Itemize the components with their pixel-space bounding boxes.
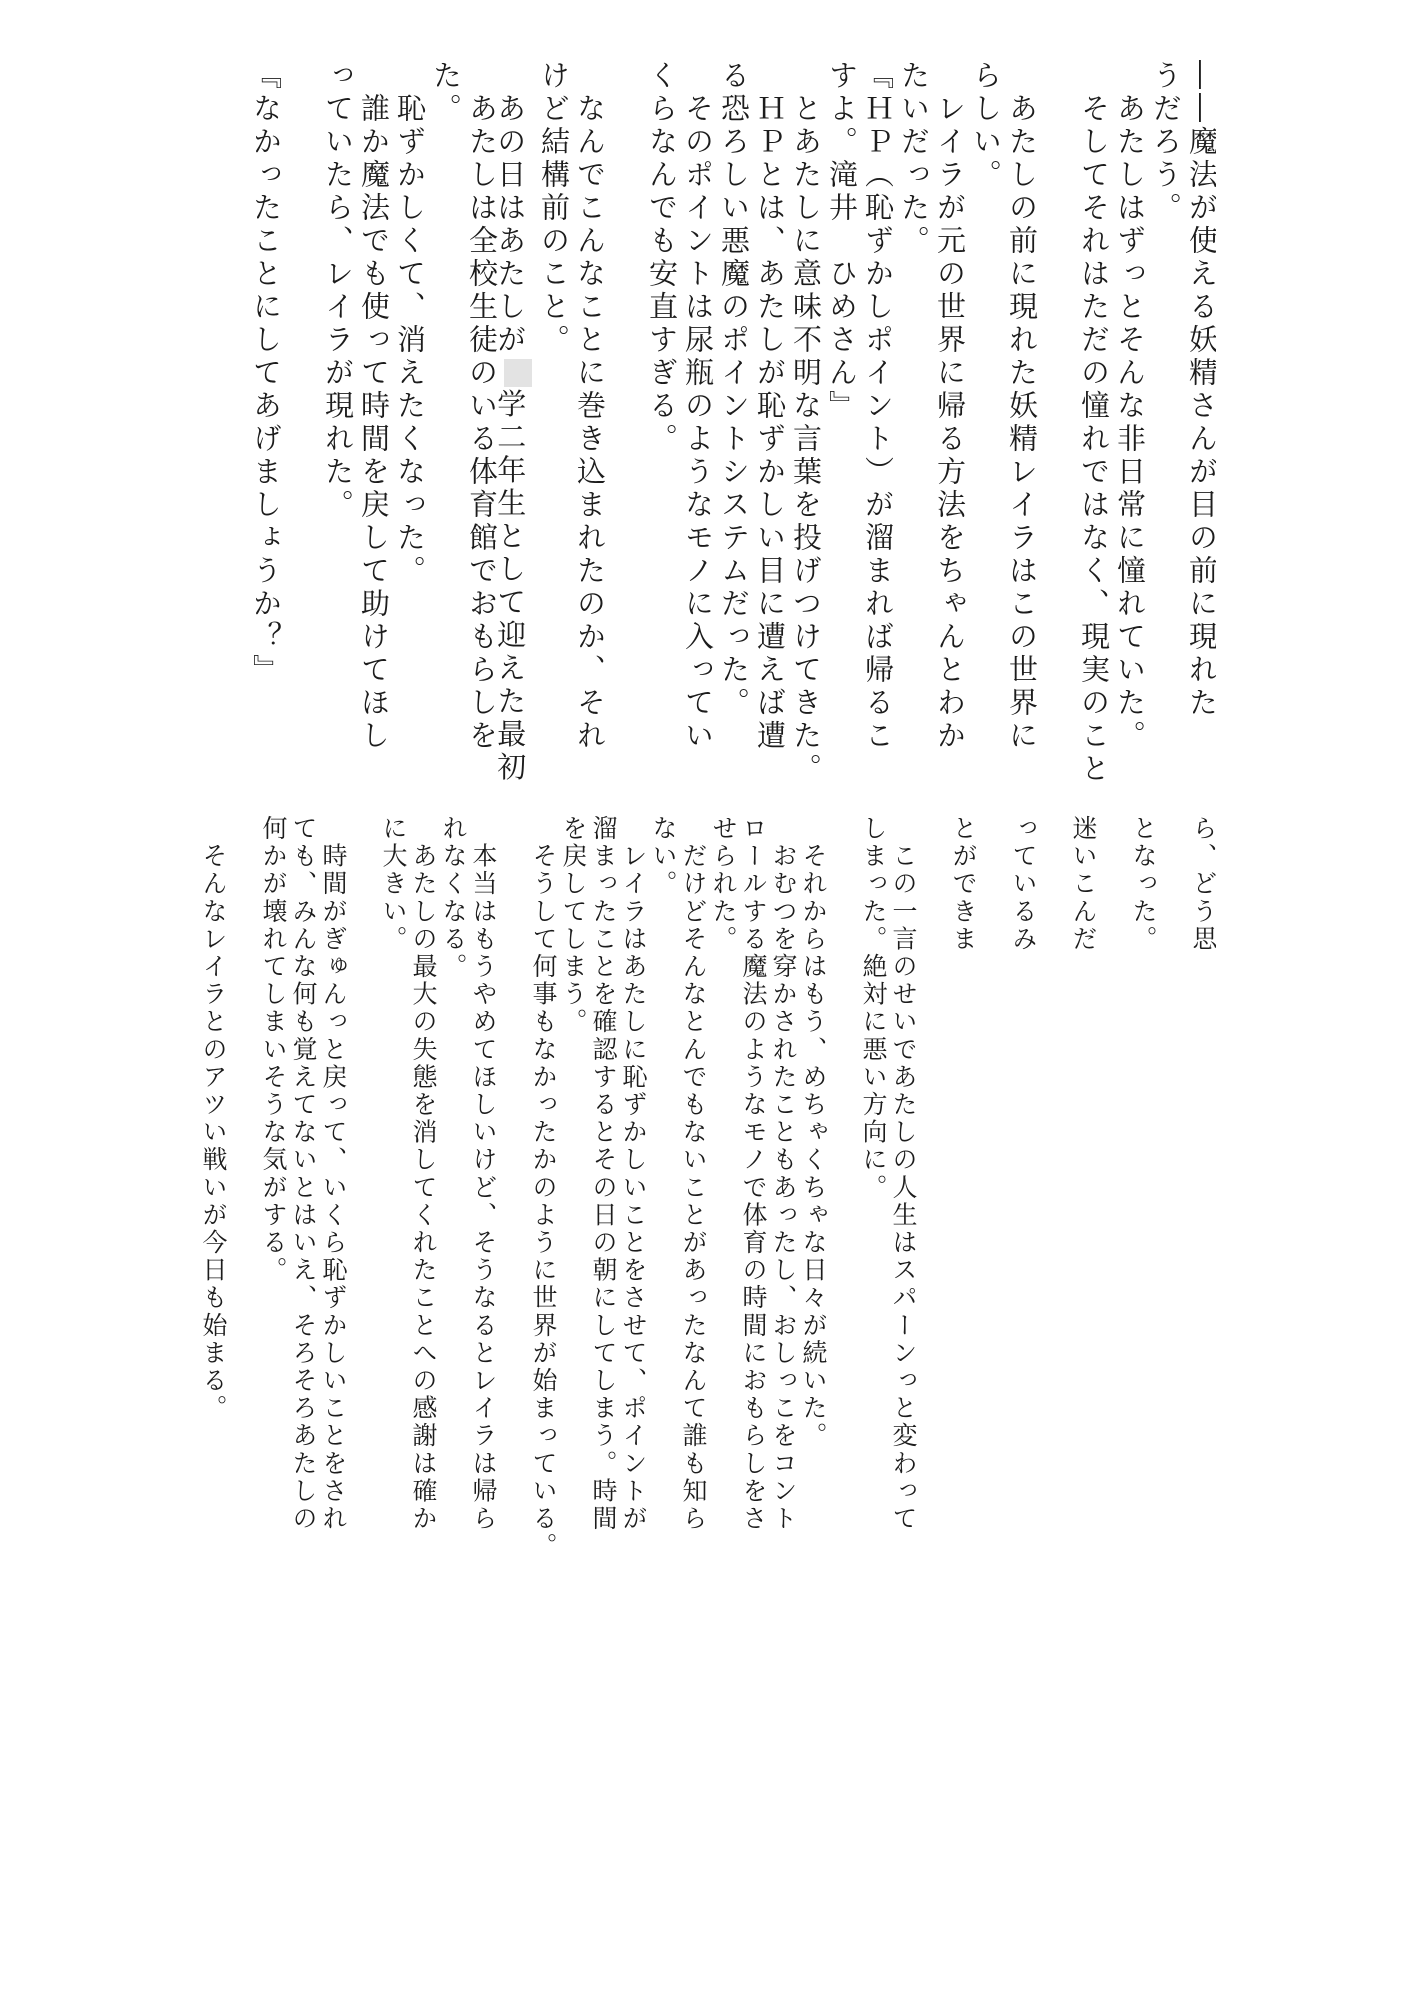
vertical-text-line: ても、みんな何も覚えてないとはいえ、そろそろあたしの [291,815,316,1557]
vertical-text-line: ロールする魔法のようなモノで体育の時間におもらしをさ [741,815,766,1557]
vertical-text-line: だけどそんなとんでもないことがあったなんて誰も知ら [681,815,706,1557]
vertical-text-line: ら、どう思 [1191,815,1216,1557]
vertical-text-line: とができま [951,815,976,1557]
blank-line [501,815,526,1557]
vertical-text-line: それからはもう、めちゃくちゃな日々が続いた。 [801,815,826,1557]
vertical-text-line: を戻してしまう。 [561,815,586,1557]
vertical-text-line: らしい。 [971,60,1000,795]
vertical-text-line: レイラが元の世界に帰る方法をちゃんとわか [935,60,964,795]
vertical-text-line: しまった。絶対に悪い方向に。 [861,815,886,1557]
vertical-text-line: あたしの最大の失態を消してくれたことへの感謝は確か [411,815,436,1557]
blank-line [1101,815,1126,1557]
vertical-text-line: た。 [431,60,460,795]
blank-line [1161,815,1186,1557]
blank-line [981,815,1006,1557]
vertical-text-line: となった。 [1131,815,1156,1557]
vertical-text-line: うだろう。 [1151,60,1180,795]
vertical-text-line: すよ。滝井 ひめさん』 [827,60,856,795]
vertical-text-line: 『なかったことにしてあげましょうか？』 [251,60,280,795]
blank-line [921,815,946,1557]
vertical-text-line: ない。 [651,815,676,1557]
censored-character-box [504,359,532,387]
vertical-text-line: 迷いこんだ [1071,815,1096,1557]
upper-text-block: ――魔法が使える妖精さんが目の前に現れたうだろう。 あたしはずっとそんな非日常に… [244,60,1216,795]
vertical-text-line: せられた。 [711,815,736,1557]
blank-line [231,815,256,1557]
vertical-text-line: っていたら、レイラが現れた。 [323,60,352,795]
vertical-text-line: あたしはずっとそんな非日常に憧れていた。 [1115,60,1144,795]
blank-line [611,60,640,795]
lower-text-block: ら、どう思となった。迷いこんだっているみとができま この一言のせいであたしの人生… [196,815,1216,1557]
vertical-text-line: そんなレイラとのアツい戦いが今日も始まる。 [201,815,226,1557]
vertical-text-line: くらなんでも安直すぎる。 [647,60,676,795]
vertical-text-line: そうして何事もなかったかのように世界が始まっている。 [531,815,556,1557]
vertical-text-line: おむつを穿かされたこともあったし、おしっこをコント [771,815,796,1557]
vertical-text-line: る恐ろしい悪魔のポイントシステムだった。 [719,60,748,795]
vertical-text-line: たいだった。 [899,60,928,795]
blank-line [351,815,376,1557]
blank-line [287,60,316,795]
vertical-text-line: 恥ずかしくて、消えたくなった。 [395,60,424,795]
vertical-text-line: とあたしに意味不明な言葉を投げつけてきた。 [791,60,820,795]
blank-line [831,815,856,1557]
vertical-text-line: そしてそれはただの憧れではなく、現実のこと [1079,60,1108,795]
vertical-text-line: れなくなる。 [441,815,466,1557]
vertical-text-line: 時間がぎゅんっと戻って、いくら恥ずかしいことをされ [321,815,346,1557]
vertical-text-line: あたしは全校生徒のいる体育館でおもらしを [467,60,496,795]
vertical-text-line: っているみ [1011,815,1036,1557]
vertical-text-line: 何かが壊れてしまいそうな気がする。 [261,815,286,1557]
vertical-text-line: に大きい。 [381,815,406,1557]
vertical-text-line: そのポイントは尿瓶のようなモノに入ってい [683,60,712,795]
vertical-text-line: この一言のせいであたしの人生はスパーンっと変わって [891,815,916,1557]
vertical-text-line: けど結構前のこと。 [539,60,568,795]
vertical-text-line: レイラはあたしに恥ずかしいことをさせて、ポイントが [621,815,646,1557]
blank-line [1041,815,1066,1557]
vertical-text-line: 溜まったことを確認するとその日の朝にしてしまう。時間 [591,815,616,1557]
vertical-text-line: 本当はもうやめてほしいけど、そうなるとレイラは帰ら [471,815,496,1557]
vertical-text-line: あの日はあたしが学二年生として迎えた最初 [503,60,532,795]
vertical-text-line: あたしの前に現れた妖精レイラはこの世界に [1007,60,1036,795]
vertical-text-line: なんでこんなことに巻き込まれたのか、それ [575,60,604,795]
vertical-text-line: ＨＰとは、あたしが恥ずかしい目に遭えば遭 [755,60,784,795]
blank-line [1043,60,1072,795]
vertical-text-line: 誰か魔法でも使って時間を戻して助けてほし [359,60,388,795]
vertical-text-line: ――魔法が使える妖精さんが目の前に現れた [1187,60,1216,795]
vertical-text-line: 『ＨＰ（恥ずかしポイント）が溜まれば帰るこ [863,60,892,795]
